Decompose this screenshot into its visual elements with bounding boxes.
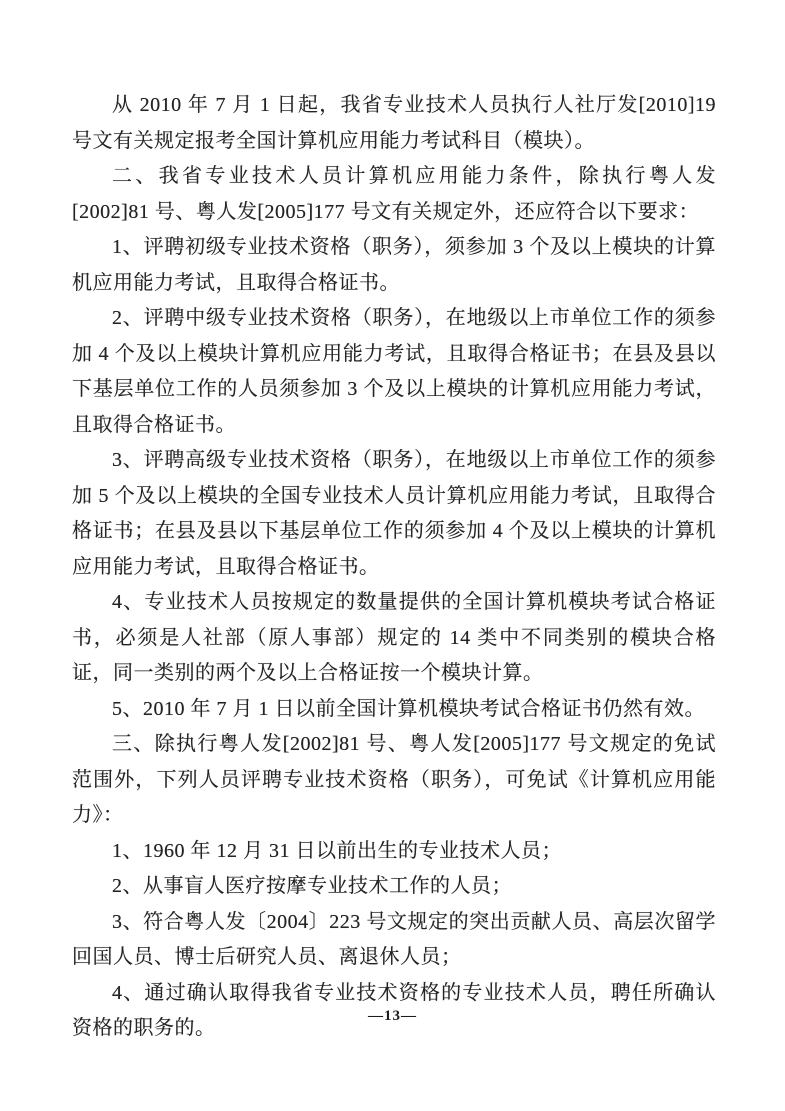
paragraph-intro: 从 2010 年 7 月 1 日起，我省专业技术人员执行人社厅发[2010]19…: [72, 88, 716, 159]
paragraph-exempt-2: 2、从事盲人医疗按摩专业技术工作的人员；: [72, 869, 716, 905]
paragraph-item-1: 1、评聘初级专业技术资格（职务），须参加 3 个及以上模块的计算机应用能力考试，…: [72, 230, 716, 301]
paragraph-item-5: 5、2010 年 7 月 1 日以前全国计算机模块考试合格证书仍然有效。: [72, 692, 716, 728]
paragraph-section-2: 二、我省专业技术人员计算机应用能力条件，除执行粤人发[2002]81 号、粤人发…: [72, 159, 716, 230]
paragraph-exempt-1: 1、1960 年 12 月 31 日以前出生的专业技术人员；: [72, 834, 716, 870]
paragraph-item-3: 3、评聘高级专业技术资格（职务），在地级以上市单位工作的须参加 5 个及以上模块…: [72, 443, 716, 585]
document-page: 从 2010 年 7 月 1 日起，我省专业技术人员执行人社厅发[2010]19…: [0, 0, 785, 1111]
paragraph-item-4: 4、专业技术人员按规定的数量提供的全国计算机模块考试合格证书，必须是人社部（原人…: [72, 585, 716, 692]
page-number: —13—: [0, 1008, 785, 1025]
paragraph-item-2: 2、评聘中级专业技术资格（职务），在地级以上市单位工作的须参加 4 个及以上模块…: [72, 301, 716, 443]
paragraph-exempt-3: 3、符合粤人发〔2004〕223 号文规定的突出贡献人员、高层次留学回国人员、博…: [72, 905, 716, 976]
paragraph-section-3: 三、除执行粤人发[2002]81 号、粤人发[2005]177 号文规定的免试范…: [72, 727, 716, 834]
document-body: 从 2010 年 7 月 1 日起，我省专业技术人员执行人社厅发[2010]19…: [72, 88, 716, 1047]
